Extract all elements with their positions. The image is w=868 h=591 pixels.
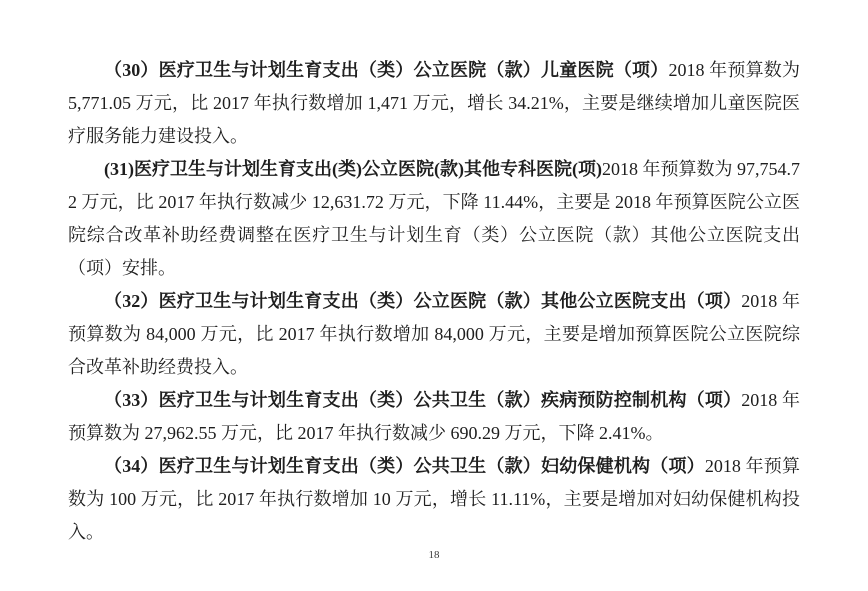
budget-item-30: （30）医疗卫生与计划生育支出（类）公立医院（款）儿童医院（项）2018 年预算… xyxy=(68,54,800,153)
page-number: 18 xyxy=(0,548,868,562)
document-body: （30）医疗卫生与计划生育支出（类）公立医院（款）儿童医院（项）2018 年预算… xyxy=(68,54,800,549)
budget-item-32: （32）医疗卫生与计划生育支出（类）公立医院（款）其他公立医院支出（项）2018… xyxy=(68,285,800,384)
budget-item-34-heading: （34）医疗卫生与计划生育支出（类）公共卫生（款）妇幼保健机构（项） xyxy=(104,456,705,476)
budget-item-30-heading: （30）医疗卫生与计划生育支出（类）公立医院（款）儿童医院（项） xyxy=(104,60,668,80)
budget-item-33: （33）医疗卫生与计划生育支出（类）公共卫生（款）疾病预防控制机构（项）2018… xyxy=(68,384,800,450)
document-page: （30）医疗卫生与计划生育支出（类）公立医院（款）儿童医院（项）2018 年预算… xyxy=(0,0,868,591)
budget-item-32-heading: （32）医疗卫生与计划生育支出（类）公立医院（款）其他公立医院支出（项） xyxy=(104,291,741,311)
budget-item-34: （34）医疗卫生与计划生育支出（类）公共卫生（款）妇幼保健机构（项）2018 年… xyxy=(68,450,800,549)
budget-item-33-heading: （33）医疗卫生与计划生育支出（类）公共卫生（款）疾病预防控制机构（项） xyxy=(104,390,741,410)
budget-item-31-heading: (31)医疗卫生与计划生育支出(类)公立医院(款)其他专科医院(项) xyxy=(104,159,602,179)
budget-item-31: (31)医疗卫生与计划生育支出(类)公立医院(款)其他专科医院(项)2018 年… xyxy=(68,153,800,285)
